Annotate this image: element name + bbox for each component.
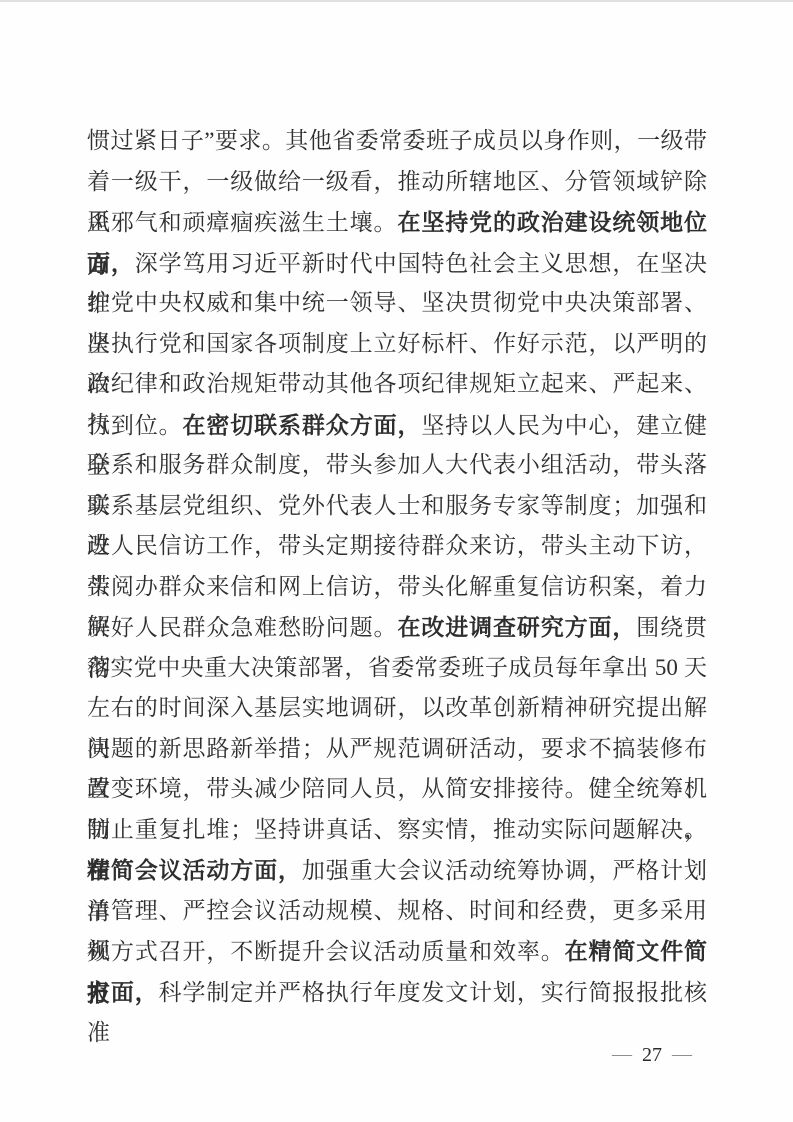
scan-edge-artifact (0, 0, 793, 2)
text-run: 风邪气和顽瘴痼疾滋生土壤。 (87, 210, 397, 235)
text-line: 进人民信访工作，带头定期接待群众来访，带头主动下访，带 (87, 526, 707, 567)
text-line: 决执行党和国家各项制度上立好标杆、作好示范，以严明的政 (87, 324, 707, 365)
bold-text-run: 精简会议活动方面， (87, 857, 302, 883)
footer-left-dash: — (612, 1043, 632, 1065)
text-run: 惯过紧日子”要求。其他省委常委班子成员以身作则，一级带 (87, 128, 707, 153)
text-line: 精简会议活动方面，加强重大会议活动统筹协调，严格计划清 (87, 850, 707, 891)
text-line: 惯过紧日子”要求。其他省委常委班子成员以身作则，一级带 (87, 121, 707, 162)
text-line: 方面，科学制定并严格执行年度发文计划，实行简报报批核准 (87, 972, 707, 1013)
text-line: 治纪律和政治规矩带动其他各项纪律规矩立起来、严起来、执 (87, 364, 707, 405)
page-footer: —27— (592, 1042, 712, 1068)
text-line: 防止重复扎堆；坚持讲真话、察实情，推动实际问题解决。在 (87, 810, 707, 851)
text-line: 决好人民群众急难愁盼问题。在改进调查研究方面，围绕贯彻 (87, 607, 707, 648)
bold-text-run: 在改进调查研究方面， (397, 614, 636, 640)
page-number: 27 (642, 1044, 662, 1066)
bold-text-run: 在密切联系群众方面， (183, 412, 422, 438)
text-line: 联系基层党组织、党外代表人士和服务专家等制度；加强和改 (87, 486, 707, 527)
bold-text-run: 方面， (87, 979, 159, 1005)
text-run: 行到位。 (87, 413, 183, 438)
text-run: 决好人民群众急难愁盼问题。 (87, 615, 397, 640)
text-line: 单管理、严控会议活动规模、规格、时间和经费，更多采用视 (87, 891, 707, 932)
text-run: 落实党中央重大决策部署，省委常委班子成员每年拿出 50 天 (87, 655, 707, 680)
page-body-text: 惯过紧日子”要求。其他省委常委班子成员以身作则，一级带着一级干，一级做给一级看，… (87, 121, 707, 1012)
text-line: 风邪气和顽瘴痼疾滋生土壤。在坚持党的政治建设统领地位方 (87, 202, 707, 243)
bold-text-run: 面， (87, 250, 135, 276)
text-line: 频方式召开，不断提升会议活动质量和效率。在精简文件简报 (87, 931, 707, 972)
text-run: 科学制定并严格执行年度发文计划，实行简报报批核准 (87, 980, 707, 1046)
document-page: 惯过紧日子”要求。其他省委常委班子成员以身作则，一级带着一级干，一级做给一级看，… (0, 0, 793, 1122)
text-line: 联系和服务群众制度，带头参加人大代表小组活动，带头落实 (87, 445, 707, 486)
text-run: 频方式召开，不断提升会议活动质量和效率。 (87, 939, 565, 964)
text-line: 落实党中央重大决策部署，省委常委班子成员每年拿出 50 天 (87, 648, 707, 689)
text-run: 防止重复扎堆；坚持讲真话、察实情，推动实际问题解决。 (87, 817, 707, 842)
text-line: 行到位。在密切联系群众方面，坚持以人民为中心，建立健全 (87, 405, 707, 446)
text-line: 改变环境，带头减少陪同人员，从简安排接待。健全统筹机制， (87, 769, 707, 810)
text-line: 左右的时间深入基层实地调研，以改革创新精神研究提出解决 (87, 688, 707, 729)
text-line: 头阅办群众来信和网上信访，带头化解重复信访积案，着力解 (87, 567, 707, 608)
text-line: 护党中央权威和集中统一领导、坚决贯彻党中央决策部署、坚 (87, 283, 707, 324)
text-line: 着一级干，一级做给一级看，推动所辖地区、分管领域铲除歪 (87, 162, 707, 203)
footer-right-dash: — (672, 1043, 692, 1065)
text-line: 问题的新思路新举措；从严规范调研活动，要求不搞装修布置、 (87, 729, 707, 770)
text-line: 面，深学笃用习近平新时代中国特色社会主义思想，在坚决维 (87, 243, 707, 284)
